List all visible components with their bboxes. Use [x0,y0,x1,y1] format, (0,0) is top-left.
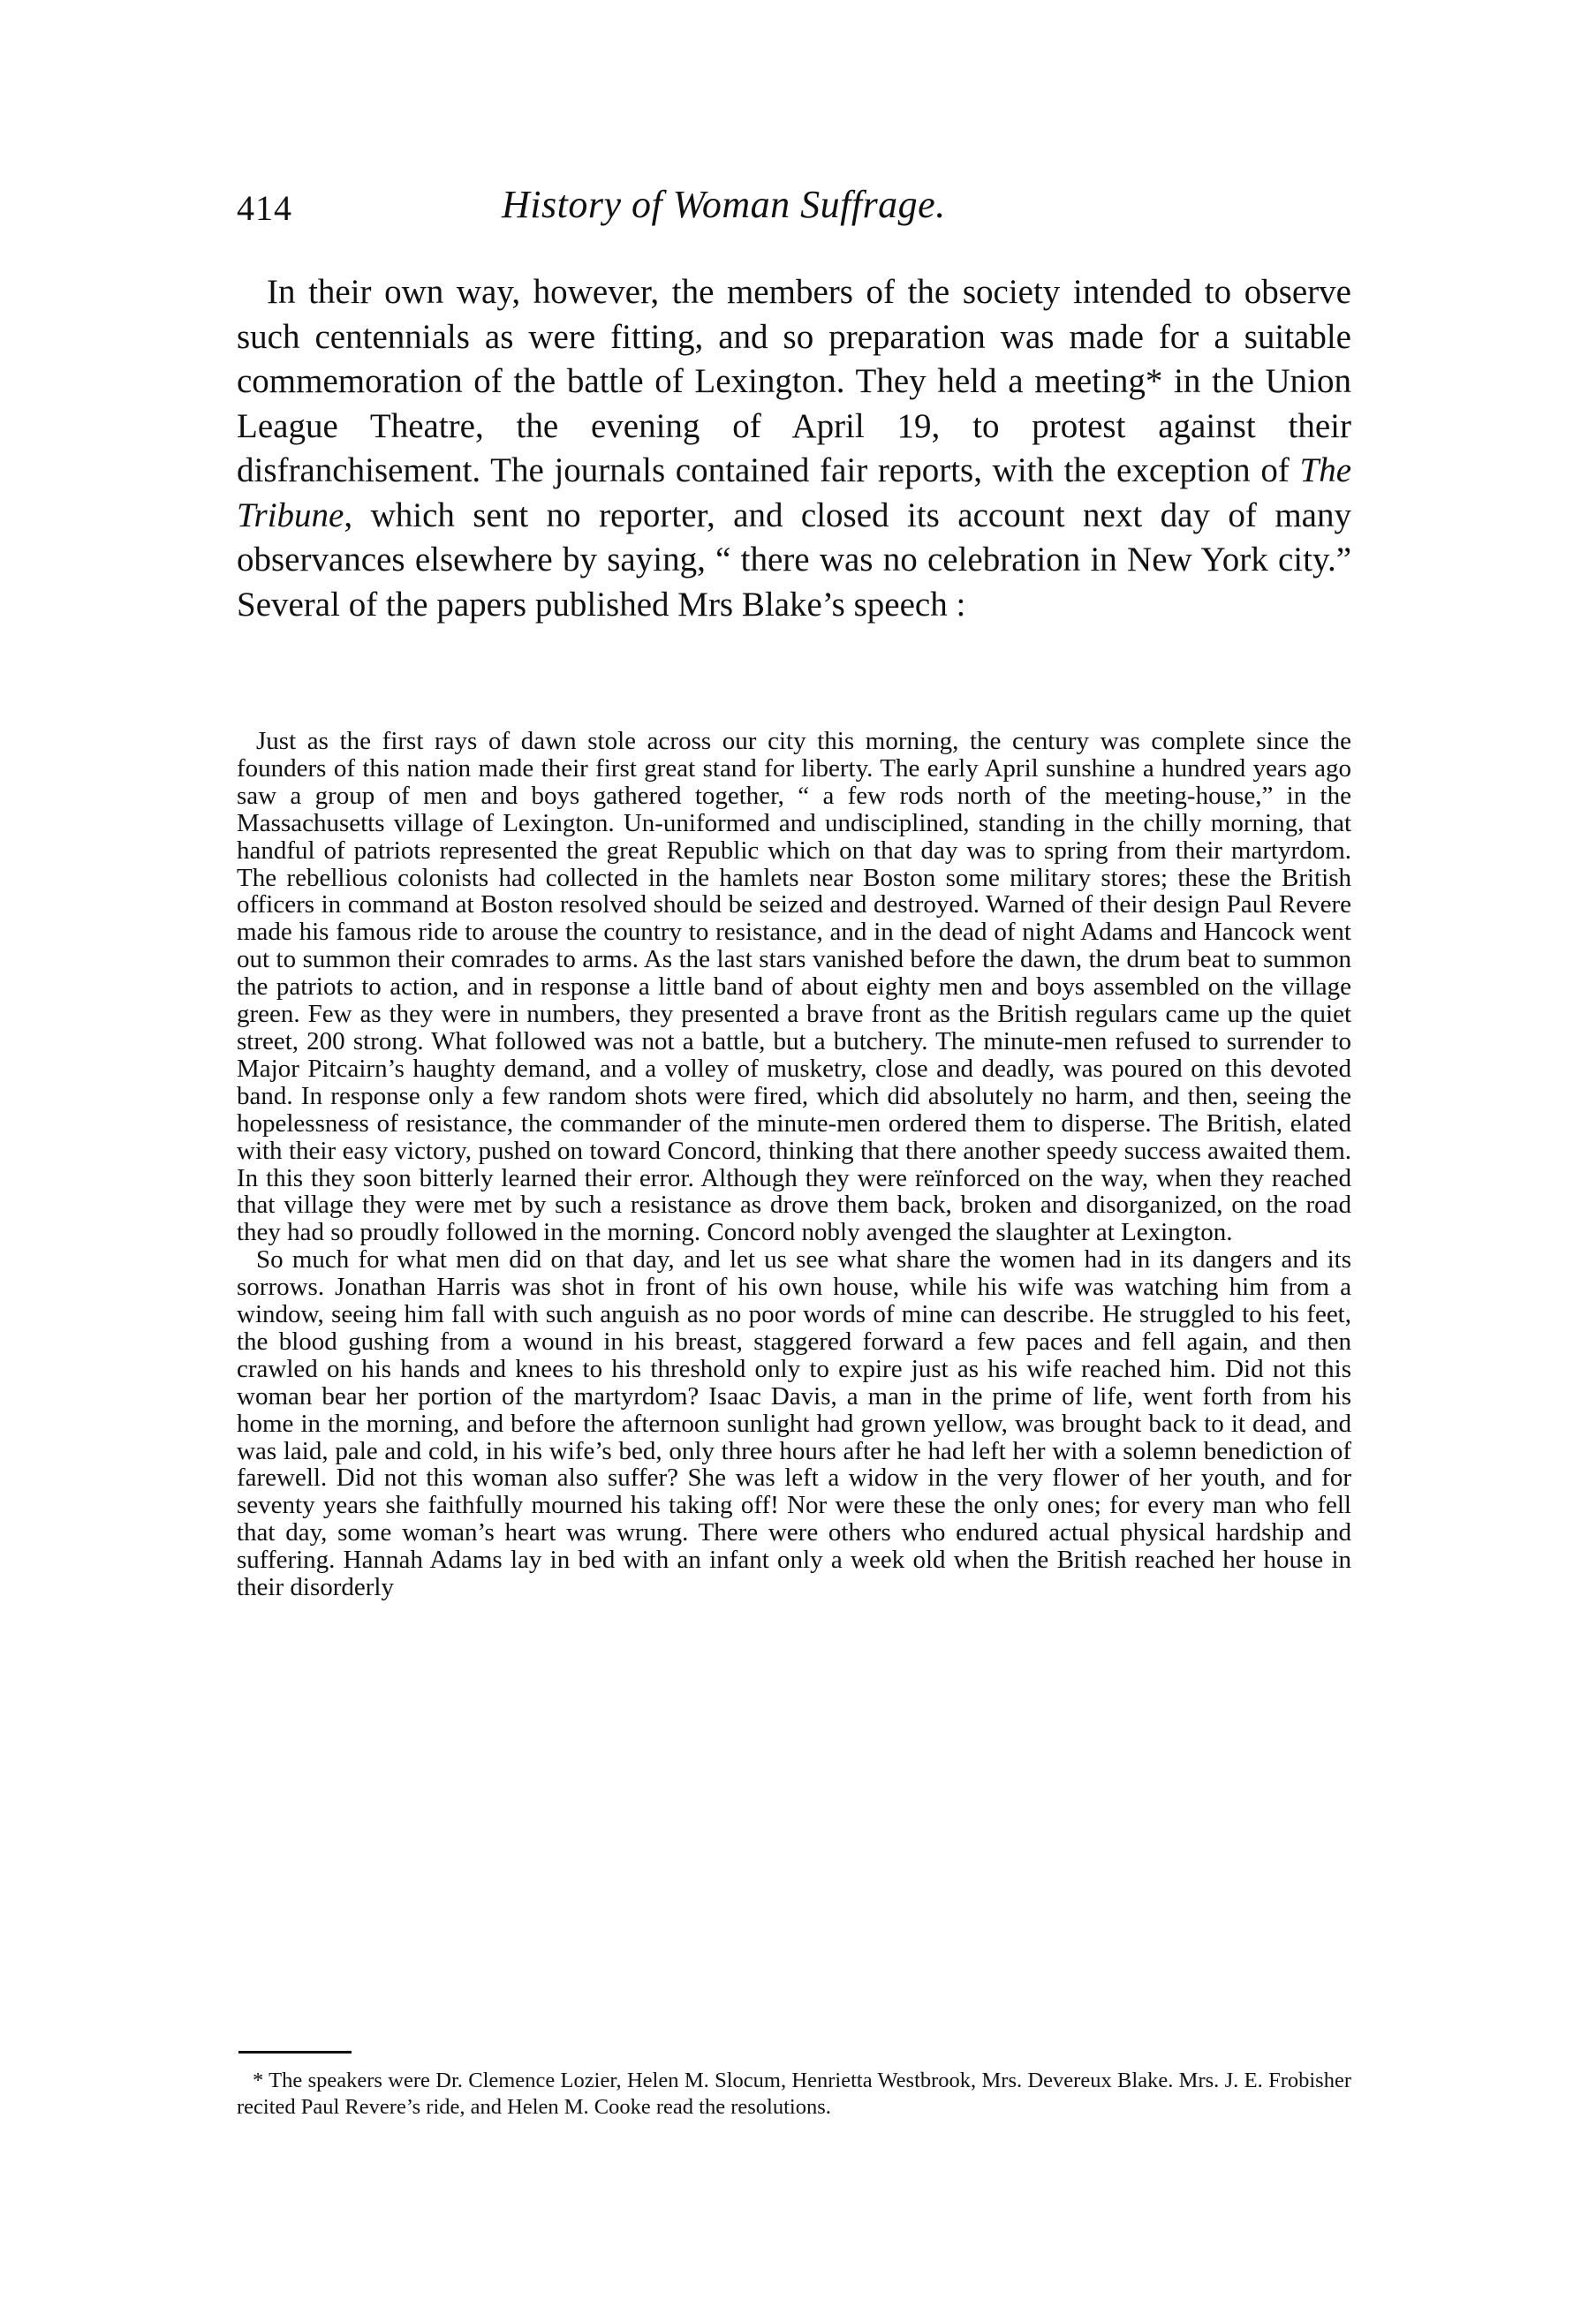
running-header: 414 History of Woman Suffrage. [237,182,1358,231]
page-number: 414 [237,187,292,229]
body-text-part-a: In their own way, however, the members o… [237,273,1351,489]
body-text-part-b: , which sent no reporter, and closed its… [237,496,1351,624]
quote-paragraph: Just as the first rays of dawn stole acr… [237,728,1351,1246]
body-paragraph: In their own way, however, the members o… [237,270,1351,627]
block-quote-speech: Just as the first rays of dawn stole acr… [237,728,1351,1601]
body-paragraph-text: In their own way, however, the members o… [237,270,1351,627]
footnote: * The speakers were Dr. Clemence Lozier,… [237,2068,1351,2121]
running-title: History of Woman Suffrage. [502,182,946,227]
quote-paragraph: So much for what men did on that day, an… [237,1246,1351,1601]
footnote-text: * The speakers were Dr. Clemence Lozier,… [237,2068,1351,2121]
footnote-divider [238,2051,352,2054]
